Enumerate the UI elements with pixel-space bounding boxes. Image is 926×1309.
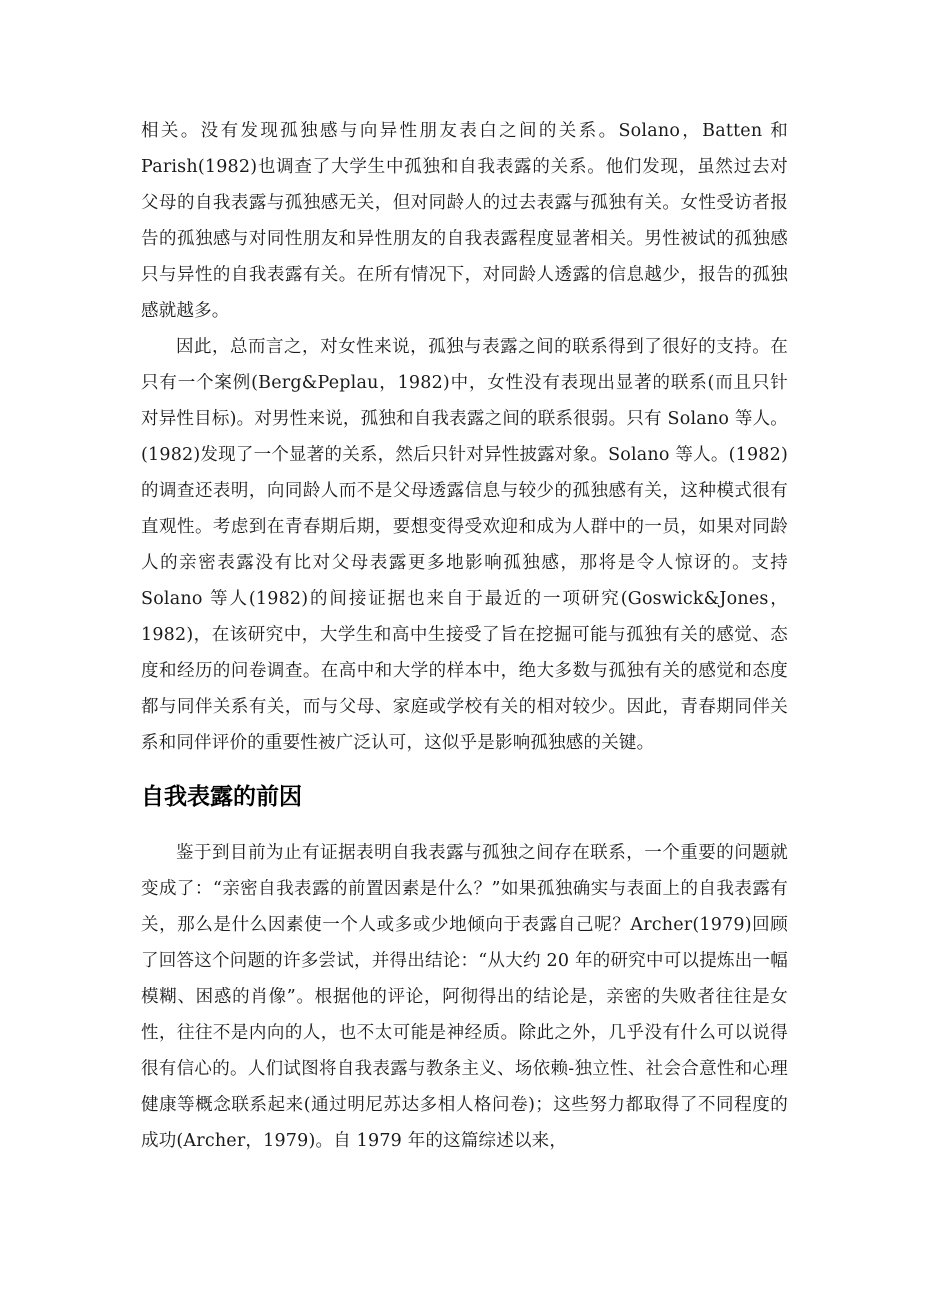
paragraph-continuation: 相关。没有发现孤独感与向异性朋友表白之间的关系。Solano，Batten 和 …: [141, 113, 788, 329]
section-heading: 自我表露的前因: [141, 782, 788, 812]
document-page: 相关。没有发现孤独感与向异性朋友表白之间的关系。Solano，Batten 和 …: [141, 113, 788, 1159]
paragraph-antecedents: 鉴于到目前为止有证据表明自我表露与孤独之间存在联系，一个重要的问题就变成了：“亲…: [141, 835, 788, 1159]
paragraph-summary: 因此，总而言之，对女性来说，孤独与表露之间的联系得到了很好的支持。在只有一个案例…: [141, 329, 788, 761]
